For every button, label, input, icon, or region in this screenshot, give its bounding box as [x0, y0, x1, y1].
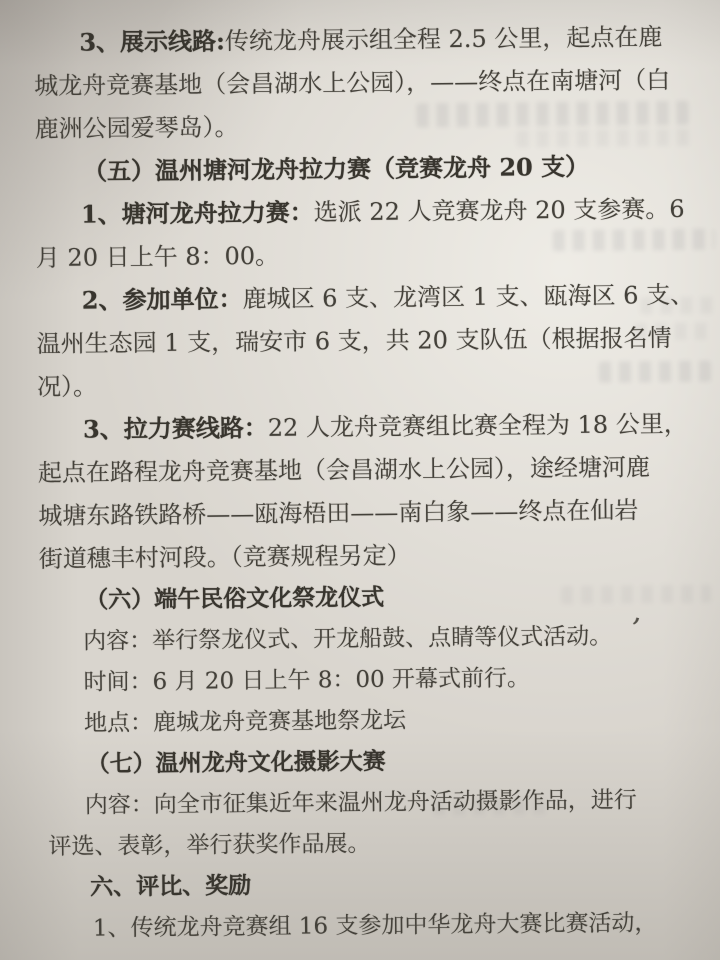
bold-text: 1、塘河龙舟拉力赛：: [81, 192, 314, 229]
text-line: 时间：6 月 20 日上午 8：00 开幕式前行。: [40, 654, 708, 701]
section-heading: （五）温州塘河龙舟拉力赛（竞赛龙舟 20 支）: [35, 142, 703, 191]
text-line: 3、展示线路:传统龙舟展示组全程 2.5 公里，起点在鹿: [34, 13, 702, 62]
body-text: 内容：举行祭龙仪式、开龙船鼓、点睛等仪式活动。: [83, 618, 612, 656]
paragraph: 3、拉力赛线路：22 人龙舟竞赛组比赛全程为 18 公里，起点在路程龙舟竞赛基地…: [37, 400, 707, 578]
text-line: 1、传统龙舟竞赛组 16 支参加中华龙舟大赛比赛活动，: [42, 900, 710, 947]
body-text: 内容：向全市征集近年来温州龙舟活动摄影作品，进行: [85, 781, 637, 819]
text-line: （七）温州龙舟文化摄影大赛: [41, 736, 709, 783]
document-body: 3、展示线路:传统龙舟展示组全程 2.5 公里，起点在鹿城龙舟竞赛基地（会昌湖水…: [34, 13, 711, 947]
body-text: 传统龙舟展示组全程 2.5 公里，起点在鹿: [225, 17, 663, 56]
text-line: （六）端午民俗文化祭龙仪式: [39, 572, 707, 619]
text-line: 2、参加单位：鹿城区 6 支、龙湾区 1 支、瓯海区 6 支、: [36, 271, 704, 320]
text-line: 况）。: [37, 357, 705, 406]
text-line: 六、评比、奖励: [42, 859, 710, 906]
text-line: 内容：举行祭龙仪式、开龙船鼓、点睛等仪式活动。: [39, 613, 707, 660]
paragraph: 地点：鹿城龙舟竞赛基地祭龙坛: [40, 695, 708, 742]
paragraph: 2、参加单位：鹿城区 6 支、龙湾区 1 支、瓯海区 6 支、温州生态园 1 支…: [36, 271, 705, 406]
paragraph: 1、塘河龙舟拉力赛：选派 22 人竞赛龙舟 20 支参赛。6月 20 日上午 8…: [35, 185, 704, 277]
body-text: 选派 22 人竞赛龙舟 20 支参赛。6: [314, 189, 685, 228]
paragraph: 3、展示线路:传统龙舟展示组全程 2.5 公里，起点在鹿城龙舟竞赛基地（会昌湖水…: [34, 13, 703, 148]
body-text: 月 20 日上午 8：00。: [36, 236, 280, 273]
body-text: 时间：6 月 20 日上午 8：00 开幕式前行。: [83, 659, 530, 696]
text-line: 1、塘河龙舟拉力赛：选派 22 人竞赛龙舟 20 支参赛。6: [35, 185, 703, 234]
paragraph: 1、传统龙舟竞赛组 16 支参加中华龙舟大赛比赛活动，: [42, 900, 710, 947]
body-text: 起点在路程龙舟竞赛基地（会昌湖水上公园），途经塘河鹿: [38, 447, 650, 488]
text-line: 鹿洲公园爱琴岛）。: [34, 99, 702, 148]
body-text: 况）。: [37, 367, 97, 403]
text-line: 街道穗丰村河段。（竞赛规程另定）: [39, 529, 707, 578]
text-line: 内容：向全市征集近年来温州龙舟活动摄影作品，进行: [41, 777, 709, 824]
bold-text: 六、评比、奖励: [90, 867, 251, 902]
bold-text: 3、展示线路:: [79, 21, 225, 57]
bold-text: （五）温州塘河龙舟拉力赛（竞赛龙舟 20 支）: [83, 147, 589, 187]
body-text: 1、传统龙舟竞赛组 16 支参加中华龙舟大赛比赛活动，: [93, 904, 658, 942]
bold-text: 2、参加单位：: [82, 279, 243, 316]
text-line: 地点：鹿城龙舟竞赛基地祭龙坛: [40, 695, 708, 742]
text-line: （五）温州塘河龙舟拉力赛（竞赛龙舟 20 支）: [35, 142, 703, 191]
text-line: 月 20 日上午 8：00。: [36, 228, 704, 277]
bold-text: 3、拉力赛线路：: [83, 408, 268, 445]
text-line: 评选、表彰，举行获奖作品展。: [41, 818, 709, 865]
bold-text: （六）端午民俗文化祭龙仪式: [85, 579, 384, 615]
document-page: 3、展示线路:传统龙舟展示组全程 2.5 公里，起点在鹿城龙舟竞赛基地（会昌湖水…: [0, 0, 720, 960]
body-text: 地点：鹿城龙舟竞赛基地祭龙坛: [84, 702, 406, 738]
section-heading: （七）温州龙舟文化摄影大赛: [41, 736, 709, 783]
body-text: 温州生态园 1 支，瑞安市 6 支，共 20 支队伍（根据报名情: [36, 318, 671, 359]
body-text: 城塘东路铁路桥——瓯海梧田——南白象——终点在仙岩: [38, 490, 638, 531]
bold-text: （七）温州龙舟文化摄影大赛: [87, 743, 386, 779]
body-text: 评选、表彰，举行获奖作品展。: [48, 825, 370, 861]
body-text: 鹿城区 6 支、龙湾区 1 支、瓯海区 6 支、: [242, 275, 694, 314]
text-line: 3、拉力赛线路：22 人龙舟竞赛组比赛全程为 18 公里，: [37, 400, 705, 449]
text-line: 城龙舟竞赛基地（会昌湖水上公园），——终点在南塘河（白: [34, 56, 702, 105]
text-line: 城塘东路铁路桥——瓯海梧田——南白象——终点在仙岩: [38, 486, 706, 535]
paragraph: 内容：举行祭龙仪式、开龙船鼓、点睛等仪式活动。: [39, 613, 707, 660]
body-text: 鹿洲公园爱琴岛）。: [34, 107, 238, 144]
section-heading: 六、评比、奖励: [42, 859, 710, 906]
text-line: 起点在路程龙舟竞赛基地（会昌湖水上公园），途经塘河鹿: [38, 443, 706, 492]
body-text: 城龙舟竞赛基地（会昌湖水上公园），——终点在南塘河（白: [34, 60, 670, 101]
section-heading: （六）端午民俗文化祭龙仪式: [39, 572, 707, 619]
paragraph: 内容：向全市征集近年来温州龙舟活动摄影作品，进行评选、表彰，举行获奖作品展。: [41, 777, 710, 865]
paragraph: 时间：6 月 20 日上午 8：00 开幕式前行。: [40, 654, 708, 701]
body-text: 22 人龙舟竞赛组比赛全程为 18 公里，: [268, 404, 688, 443]
body-text: 街道穗丰村河段。（竞赛规程另定）: [39, 536, 411, 575]
text-line: 温州生态园 1 支，瑞安市 6 支，共 20 支队伍（根据报名情: [36, 314, 704, 363]
